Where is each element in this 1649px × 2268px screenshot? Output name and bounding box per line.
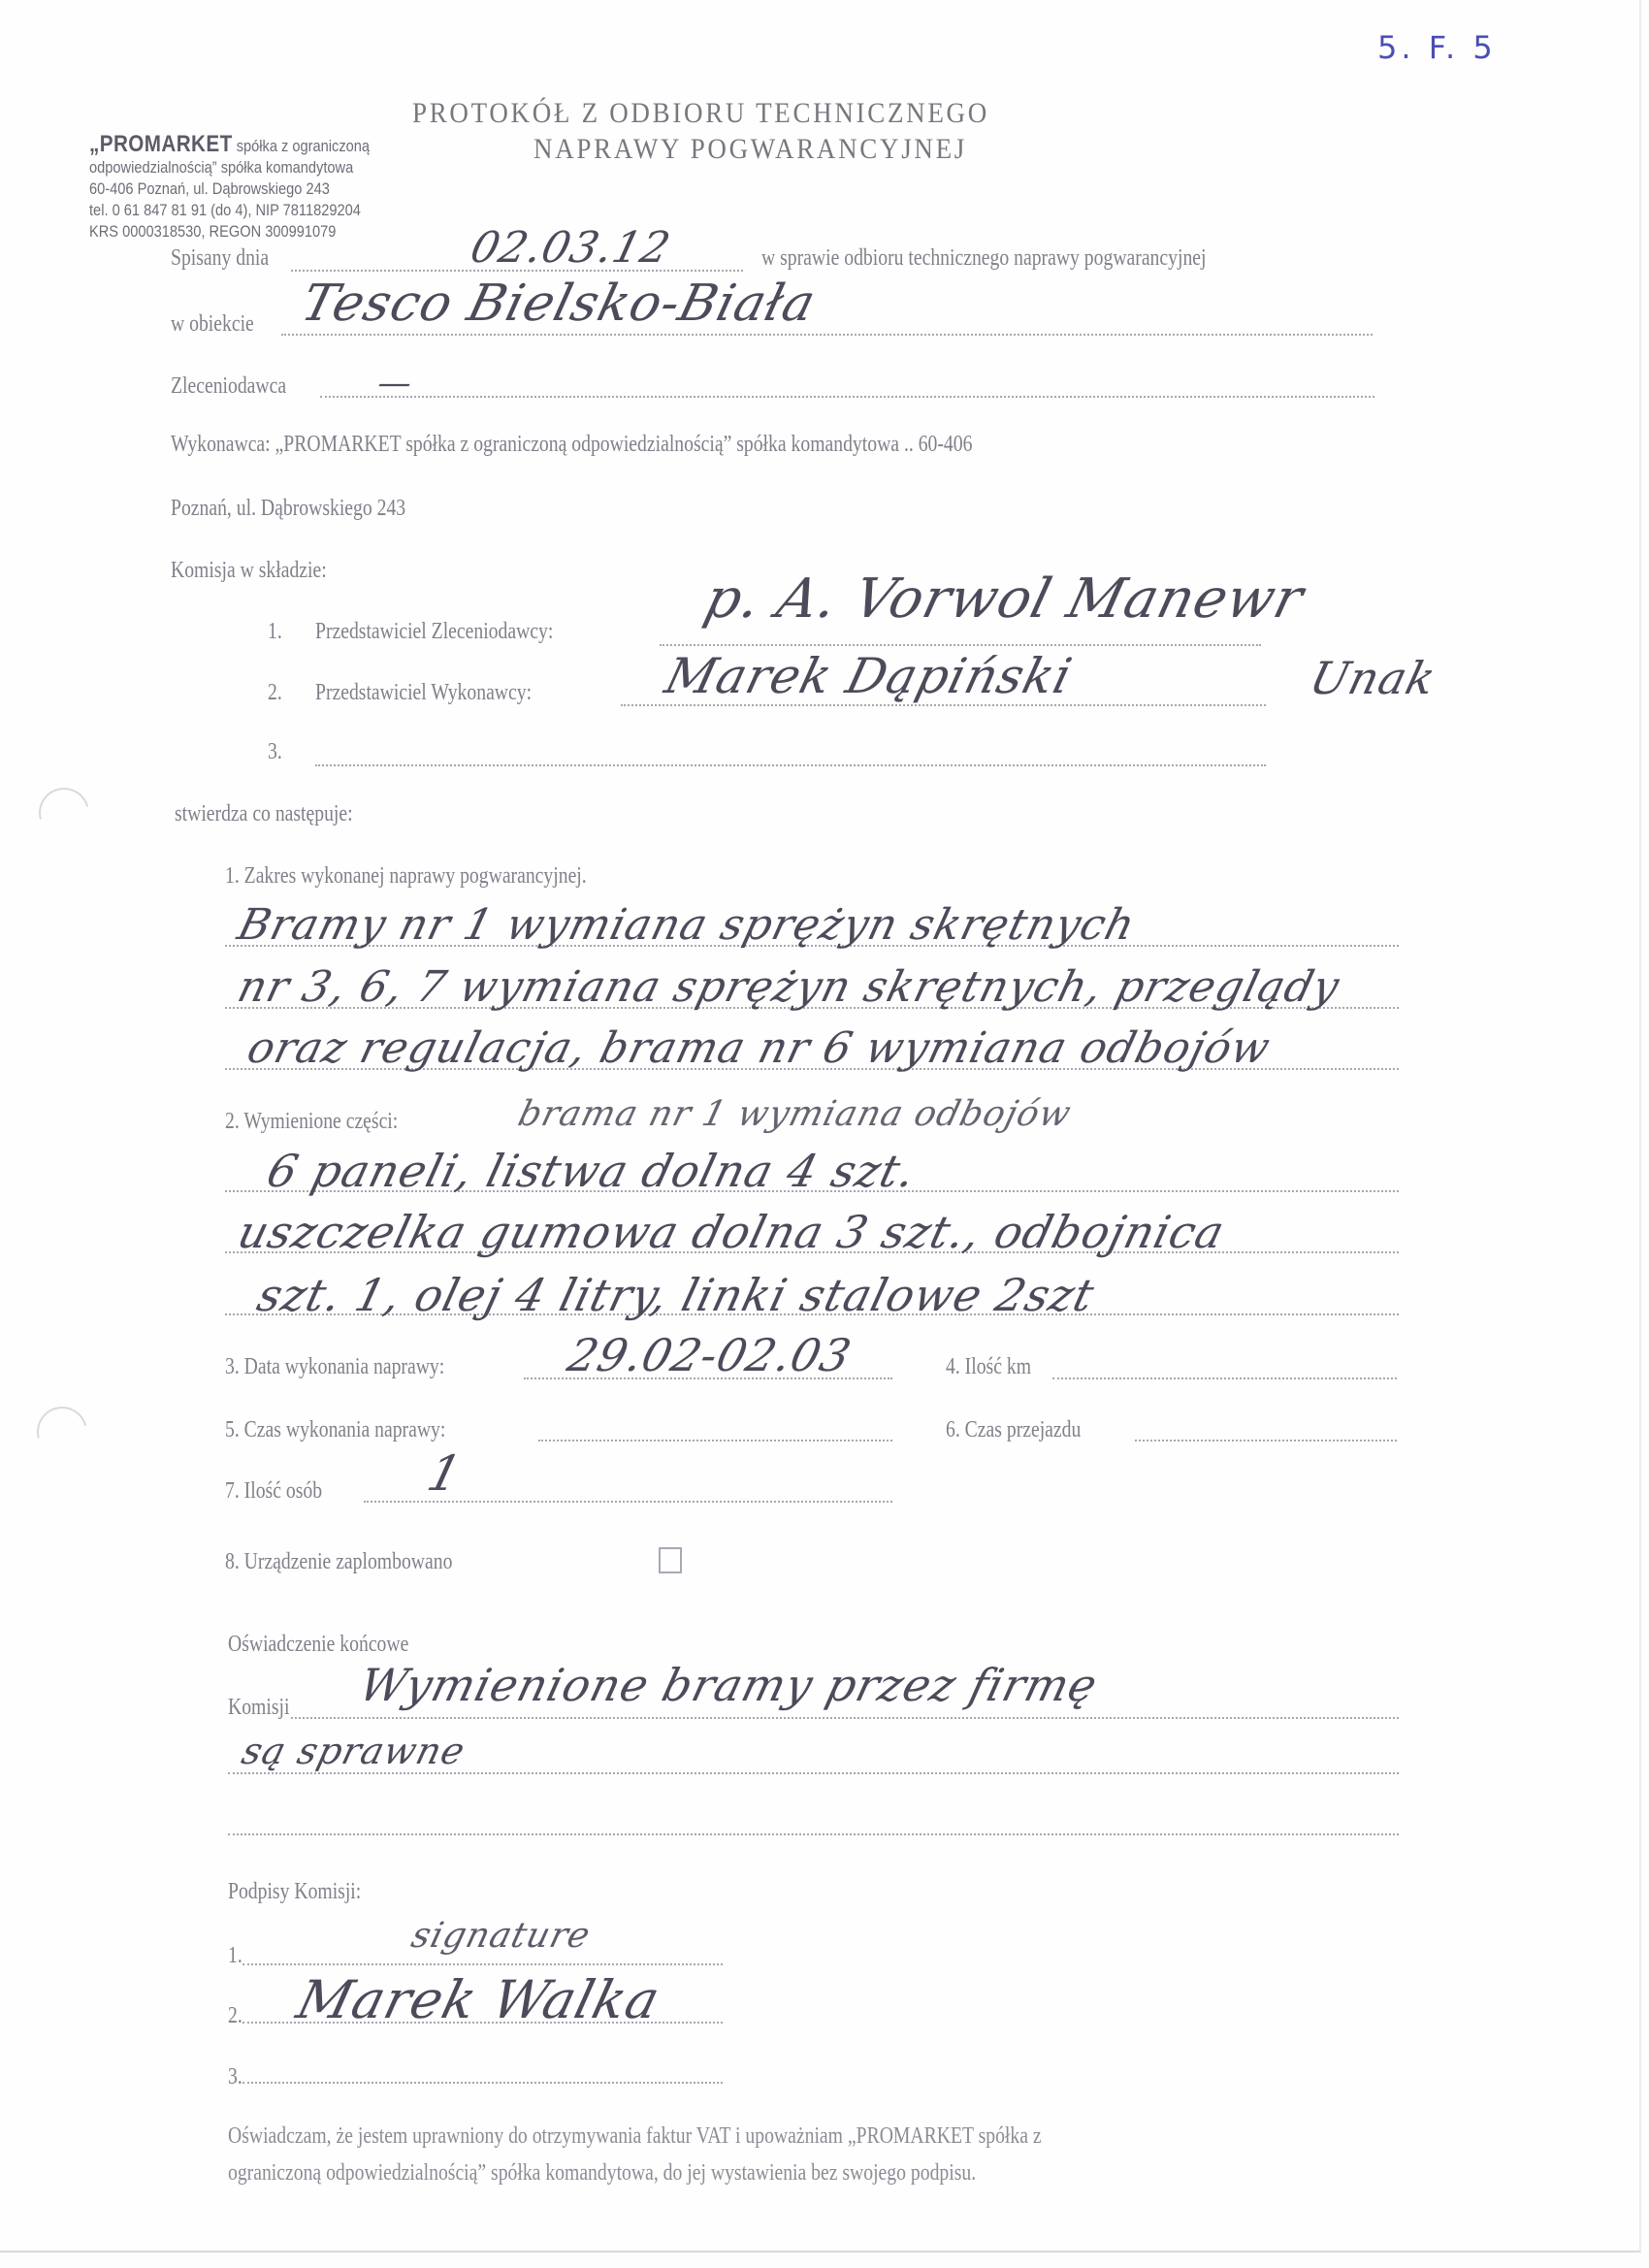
obiekt-field-line [281,334,1373,336]
komisja-member-value: p. A. Vorwol Manewr [698,567,1309,631]
oswiadczenie-label: Oświadczenie końcowe [228,1632,408,1658]
oswiadczenie-text: są sprawne [238,1730,469,1772]
spisany-label: Spisany dnia [171,245,269,272]
data-wykonania-label: 3. Data wykonania naprawy: [225,1354,444,1380]
corner-code: 5. F. 5 [1377,29,1497,66]
spisany-suffix: w sprawie odbioru technicznego naprawy p… [761,245,1206,272]
zakres-label: 1. Zakres wykonanej naprawy pogwarancyjn… [225,863,587,890]
komisja-label: Komisja w składzie: [171,558,327,584]
wykonawca-line2: Poznań, ul. Dąbrowskiego 243 [171,496,405,522]
czas-wykonania-line [538,1440,892,1442]
czesci-text: 6 paneli, listwa dolna 4 szt. [262,1145,921,1197]
podpis-number: 2. [228,2003,242,2029]
czas-wykonania-label: 5. Czas wykonania naprawy: [225,1417,445,1443]
podpis-signature: signature [407,1916,595,1956]
zleceniodawca-label: Zleceniodawca [171,373,286,400]
oswiadczenie-line [291,1717,1399,1719]
czesci-text: szt. 1, olej 4 litry, linki stalowe 2szt [252,1269,1100,1321]
czesci-text: uszczelka gumowa dolna 3 szt., odbojnica [233,1206,1230,1258]
ilosc-osob-value: 1 [422,1445,468,1502]
footer-line: ograniczoną odpowiedzialnością” spółka k… [228,2155,1042,2191]
czesci-label: 2. Wymienione części: [225,1109,398,1135]
komisja-member-number: 1. [268,619,282,645]
punch-hole-mark [29,778,98,847]
document-title-line1: PROTOKÓŁ Z ODBIORU TECHNICZNEGO [412,97,989,130]
czas-przejazdu-line [1135,1440,1397,1442]
zakres-text: oraz regulacja, brama nr 6 wymiana odboj… [242,1023,1276,1073]
czas-przejazdu-label: 6. Czas przejazdu [946,1417,1081,1443]
stamp-line: 60-406 Poznań, ul. Dąbrowskiego 243 [89,178,370,200]
zaplombowano-label: 8. Urządzenie zaplombowano [225,1549,452,1575]
footer-statement: Oświadczam, że jestem uprawniony do otrz… [228,2118,1042,2191]
document-title-line2: NAPRAWY POGWARANCYJNEJ [533,133,967,166]
ilosc-km-label: 4. Ilość km [946,1354,1031,1380]
komisja-member-line [315,764,1266,766]
obiekt-label: w obiekcie [171,311,254,338]
czesci-inline: brama nr 1 wymiana odbojów [514,1094,1076,1134]
obiekt-value: Tesco Bielsko-Biała [296,275,822,333]
stamp-line: KRS 0000318530, REGON 300991079 [89,221,370,243]
stamp-line: odpowiedzialnością” spółka komandytowa [89,157,370,178]
zleceniodawca-field-line [320,396,1374,398]
stamp-line: tel. 0 61 847 81 91 (do 4), NIP 78118292… [89,200,370,221]
ilosc-km-line [1052,1377,1397,1379]
footer-line: Oświadczam, że jestem uprawniony do otrz… [228,2118,1042,2155]
podpis-line [242,2082,723,2084]
komisja-member-extra: Unak [1305,652,1441,704]
zaplombowano-checkbox[interactable] [659,1547,682,1573]
zakres-text: Bramy nr 1 wymiana sprężyn skrętnych [233,900,1141,950]
podpis-number: 1. [228,1943,242,1969]
komisja-member-value: Marek Dąpiński [660,648,1078,704]
zakres-text: nr 3, 6, 7 wymiana sprężyn skrętnych, pr… [233,962,1344,1012]
company-stamp: „PROMARKET spółka z ograniczoną odpowied… [89,134,370,243]
oswiadczenie-line [228,1772,1399,1774]
komisja-member-line [660,644,1261,646]
company-name: „PROMARKET [89,131,233,157]
data-wykonania-value: 29.02-02.03 [563,1329,857,1381]
podpis-line [242,1963,723,1965]
komisja-member-number: 2. [268,680,282,706]
punch-hole-mark [27,1397,96,1466]
podpis-signature: Marek Walka [291,1969,666,2030]
stamp-line: spółka z ograniczoną [237,137,370,155]
scanned-document-page: 5. F. 5 PROTOKÓŁ Z ODBIORU TECHNICZNEGO … [0,0,1641,2252]
podpis-number: 3. [228,2064,242,2090]
ilosc-osob-label: 7. Ilość osób [225,1478,322,1505]
komisja-member-label: Przedstawiciel Zleceniodawcy: [315,619,553,645]
oswiadczenie-text: Wymienione bramy przez firmę [354,1659,1103,1711]
komisja-member-label: Przedstawiciel Wykonawcy: [315,680,532,706]
komisja-member-line [621,704,1266,706]
komisji-label: Komisji [228,1695,289,1721]
podpisy-label: Podpisy Komisji: [228,1879,361,1905]
spisany-date-value: 02.03.12 [466,223,676,273]
wykonawca-line1: Wykonawca: „PROMARKET spółka z ograniczo… [171,432,972,458]
komisja-member-number: 3. [268,739,282,765]
stwierdza-label: stwierdza co następuje: [175,801,353,827]
oswiadczenie-line [228,1833,1399,1835]
